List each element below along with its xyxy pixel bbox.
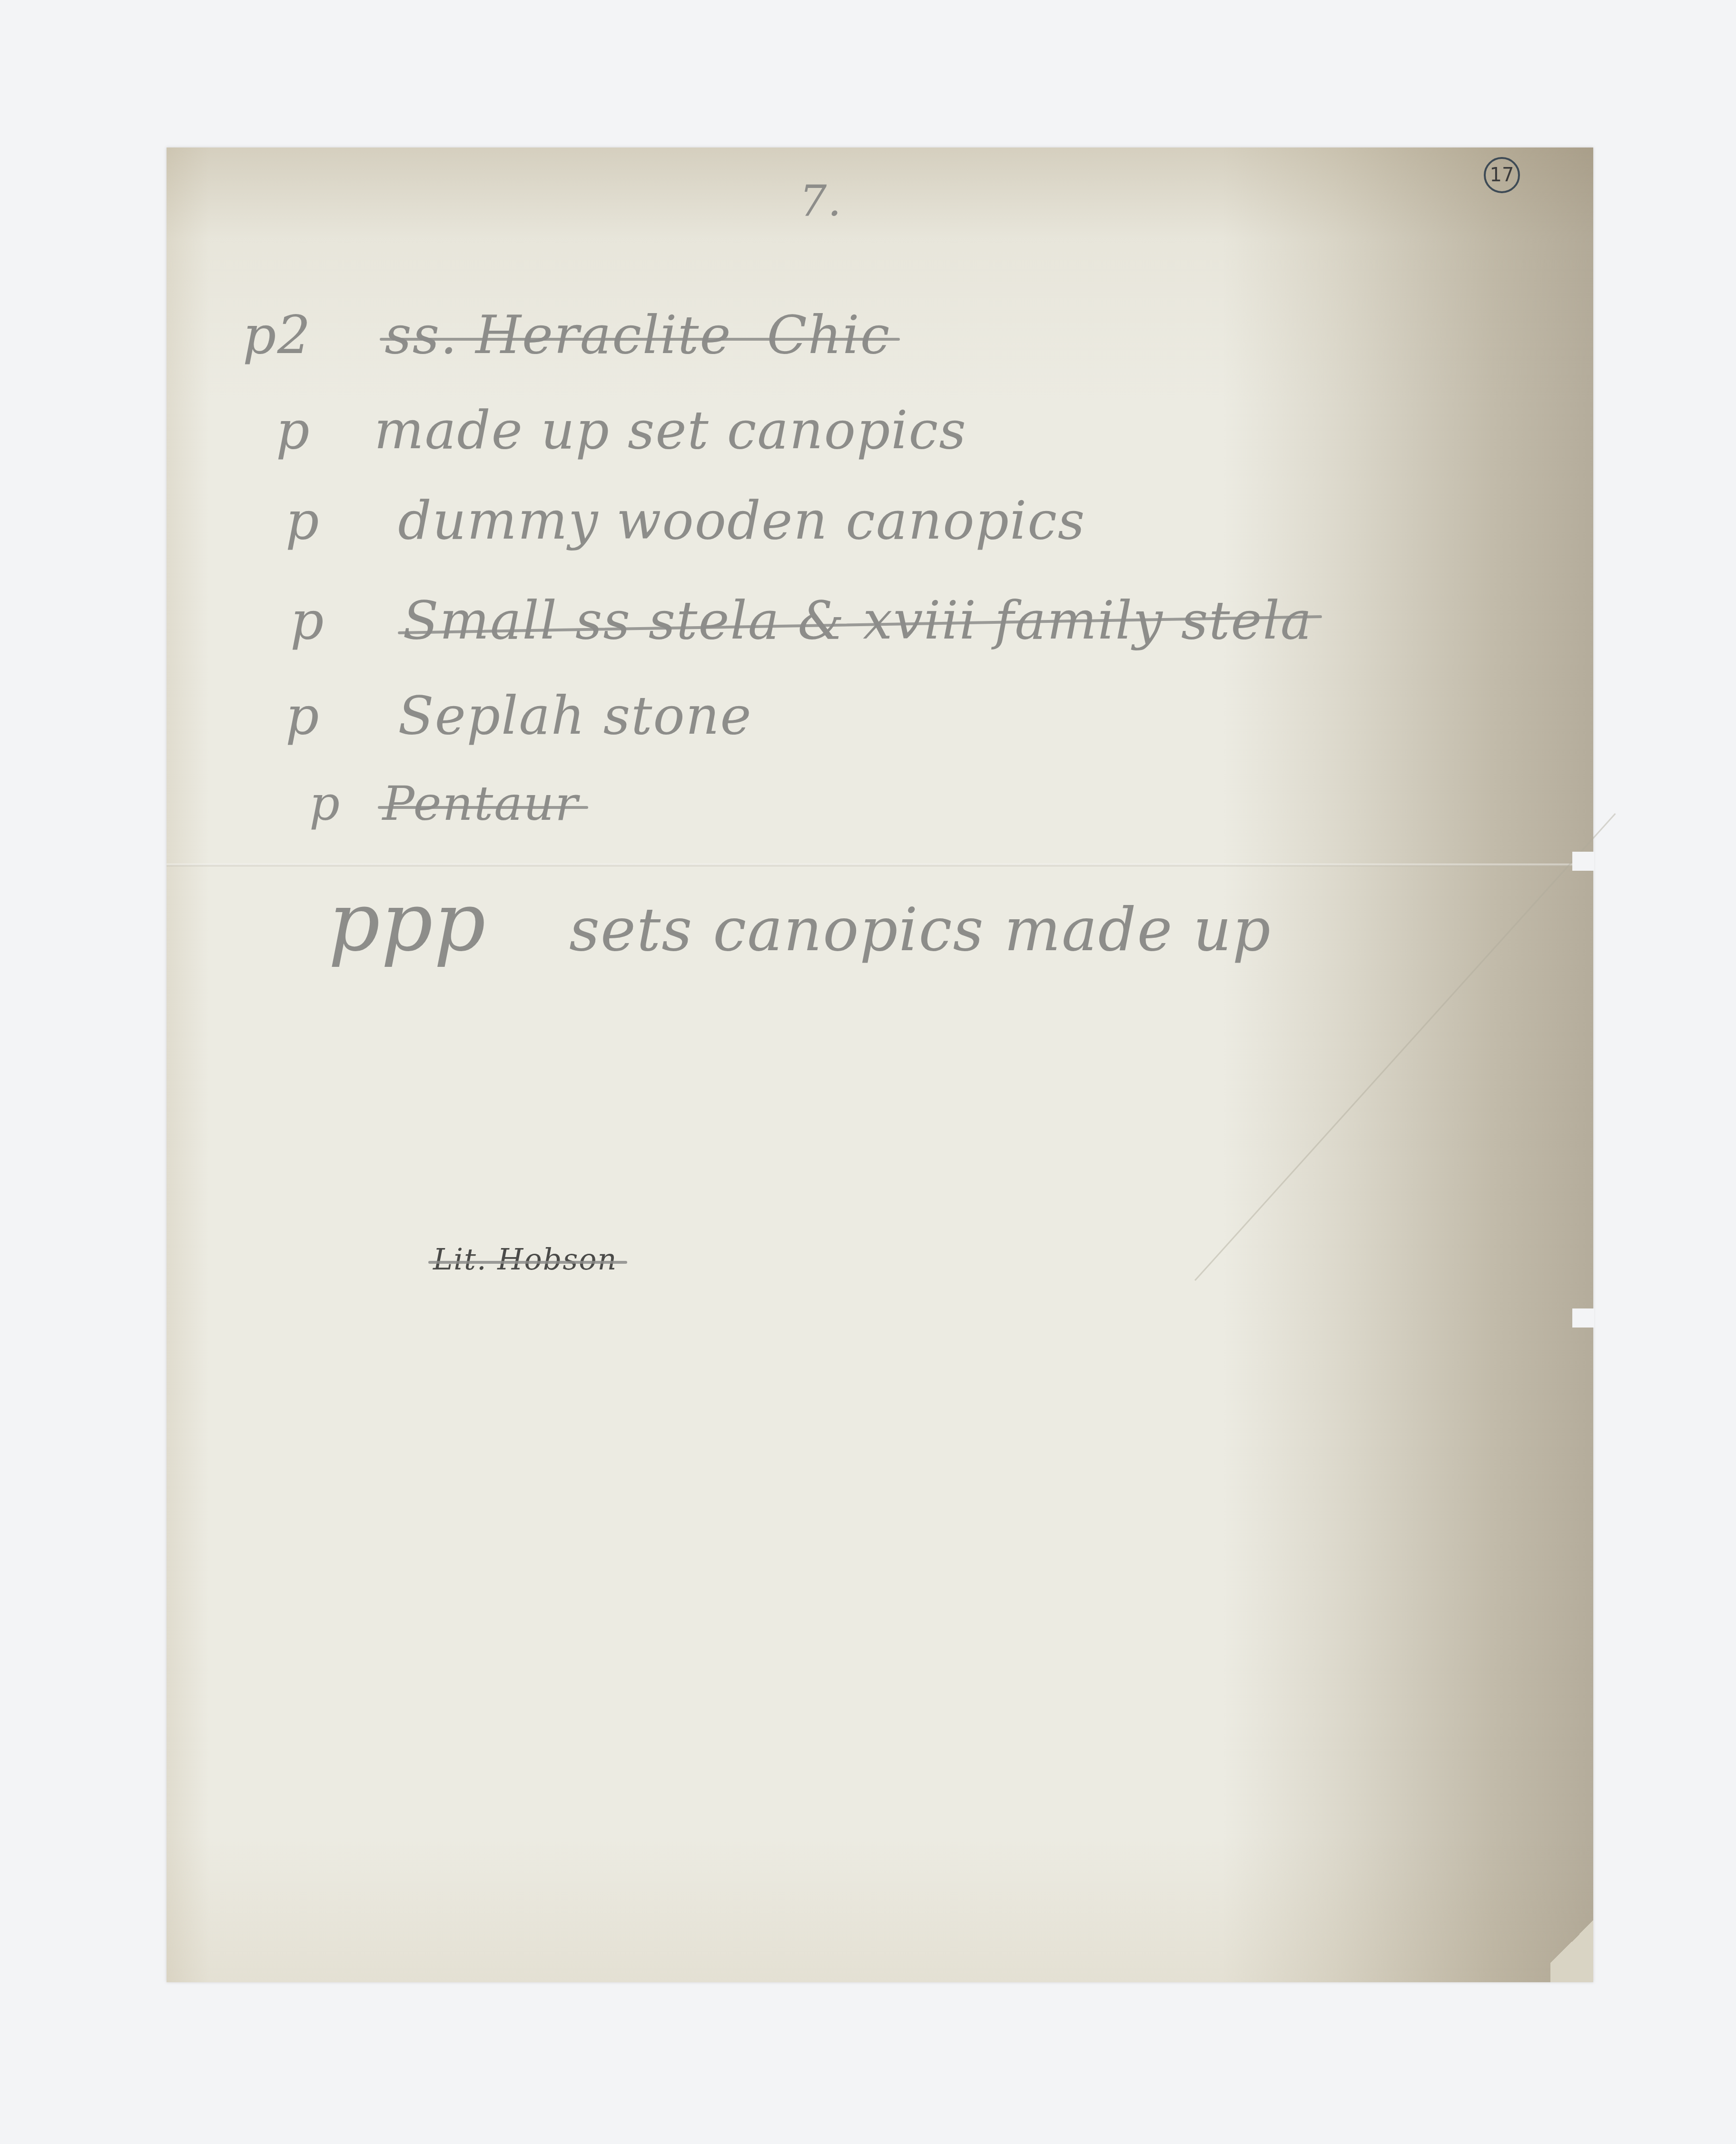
line-1: p2 ss. Heraclite Chic <box>243 305 890 365</box>
line-marker: p <box>290 590 325 651</box>
line-marker: p <box>276 400 310 461</box>
manuscript-page: 17 7. p2 ss. Heraclite Chic p made up se… <box>167 148 1593 1982</box>
horizontal-fold-crease <box>167 864 1593 866</box>
line-marker: p2 <box>243 305 311 365</box>
folded-corner <box>1550 1901 1593 1982</box>
line-text: Pentaur <box>383 776 579 831</box>
footer-note: Lit. Hobson <box>433 1242 618 1277</box>
line-text: sets canopics made up <box>569 895 1272 964</box>
edge-notch-upper <box>1572 852 1594 871</box>
line-text: Seplah stone <box>398 685 752 746</box>
line-3: p dummy wooden canopics <box>286 490 1085 551</box>
line-marker: ppp <box>328 875 486 970</box>
folio-number: 17 <box>1484 157 1520 193</box>
line-7: ppp sets canopics made up <box>328 875 1272 970</box>
line-text: made up set canopics <box>374 400 967 461</box>
line-2: p made up set canopics <box>276 400 967 461</box>
line-6: p Pentaur <box>309 776 579 831</box>
line-marker: p <box>286 685 320 746</box>
line-text: Small ss stela & xviii family stela <box>403 590 1312 651</box>
line-text: dummy wooden canopics <box>398 490 1085 551</box>
line-5: p Seplah stone <box>286 685 752 746</box>
line-marker: p <box>309 776 341 831</box>
page-mark: 7. <box>799 176 842 226</box>
edge-notch-lower <box>1572 1308 1594 1328</box>
line-4: p Small ss stela & xviii family stela <box>290 590 1312 651</box>
struck-text: ss. Heraclite Chic <box>385 305 890 365</box>
line-marker: p <box>286 490 320 551</box>
